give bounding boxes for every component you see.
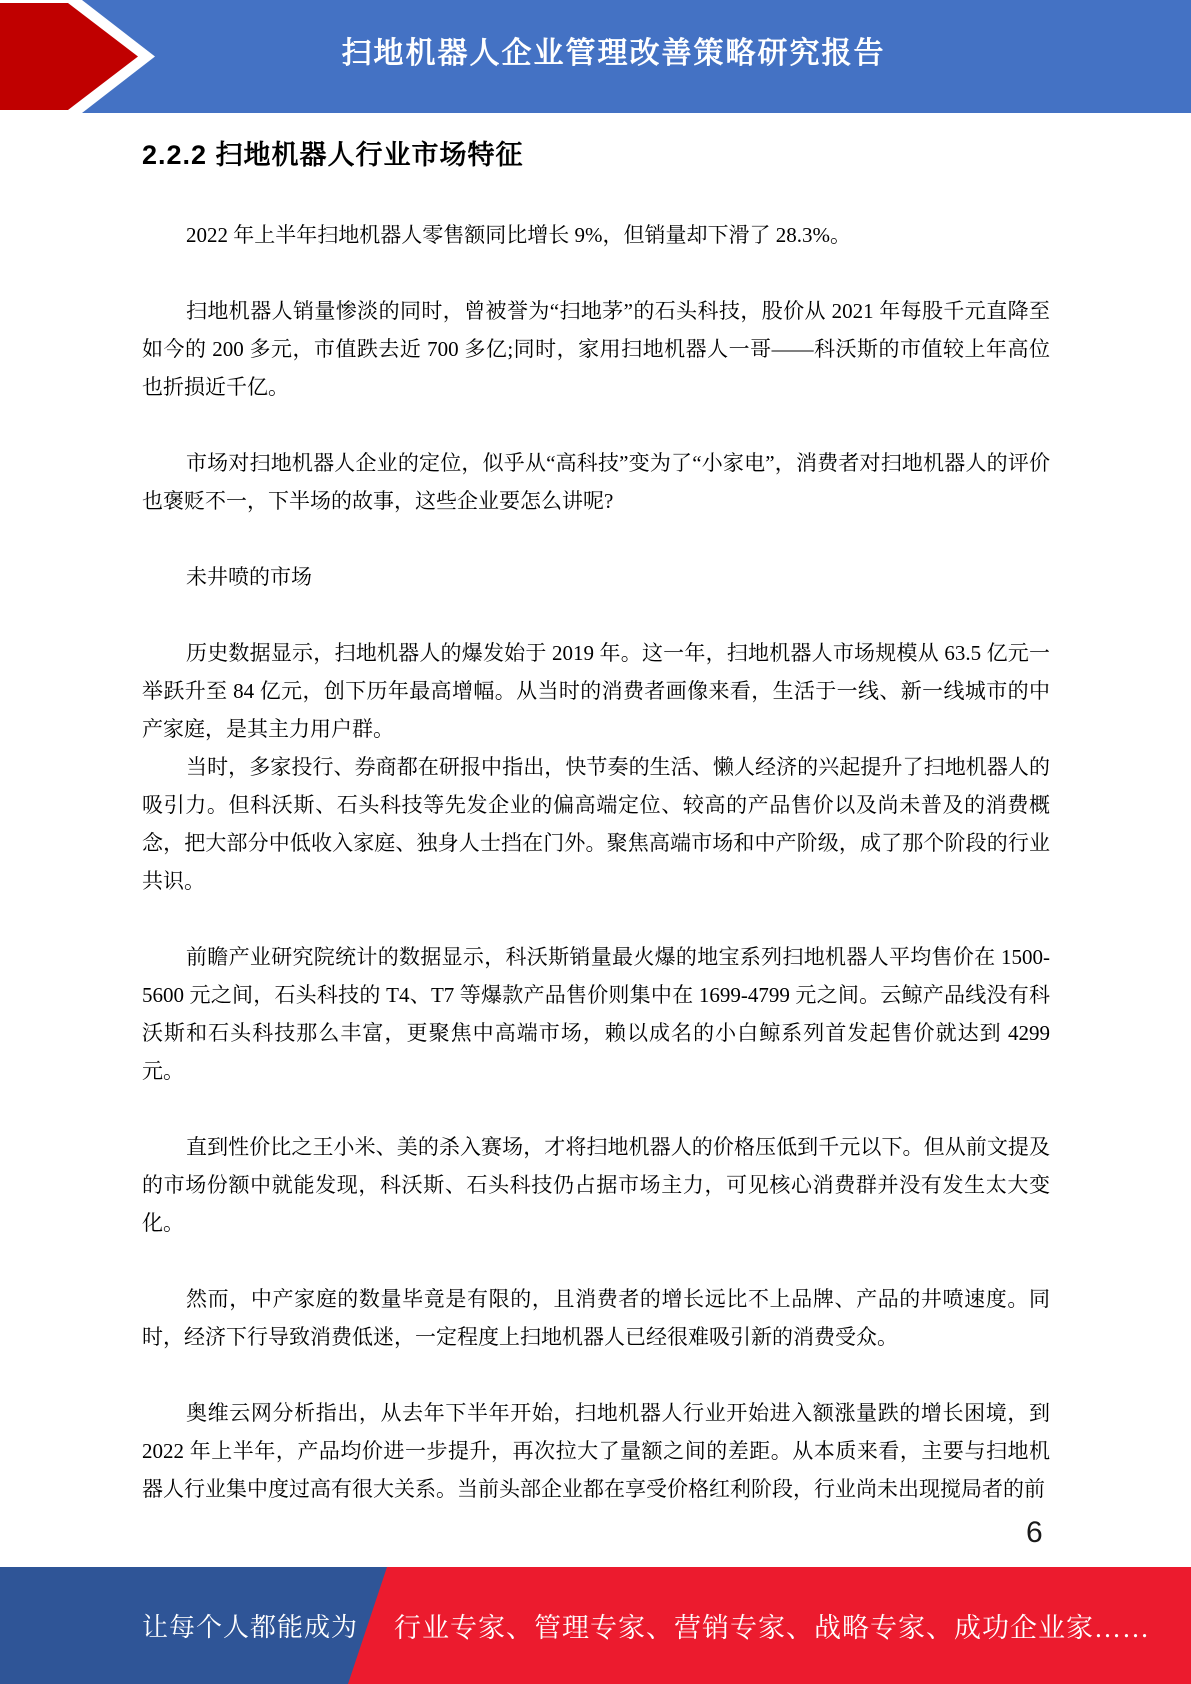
page-content: 2.2.2 扫地机器人行业市场特征 2022 年上半年扫地机器人零售额同比增长 … xyxy=(142,112,1050,1546)
paragraph: 市场对扫地机器人企业的定位，似乎从“高科技”变为了“小家电”，消费者对扫地机器人… xyxy=(142,444,1050,520)
report-page: 扫地机器人企业管理改善策略研究报告 2.2.2 扫地机器人行业市场特征 2022… xyxy=(0,0,1191,1684)
footer-banner: 让每个人都能成为 行业专家、管理专家、营销专家、战略专家、成功企业家…… xyxy=(0,1567,1191,1684)
footer-slogan-left: 让每个人都能成为 xyxy=(142,1567,358,1684)
subsection-label: 未井喷的市场 xyxy=(142,558,1050,596)
section-heading: 2.2.2 扫地机器人行业市场特征 xyxy=(142,133,1050,172)
paragraph: 前瞻产业研究院统计的数据显示，科沃斯销量最火爆的地宝系列扫地机器人平均售价在 1… xyxy=(142,938,1050,1090)
paragraph: 2022 年上半年扫地机器人零售额同比增长 9%，但销量却下滑了 28.3%。 xyxy=(142,216,1050,254)
page-number: 6 xyxy=(1026,1516,1043,1550)
paragraph: 历史数据显示，扫地机器人的爆发始于 2019 年。这一年，扫地机器人市场规模从 … xyxy=(142,634,1050,748)
paragraph: 然而，中产家庭的数量毕竟是有限的，且消费者的增长远比不上品牌、产品的井喷速度。同… xyxy=(142,1280,1050,1356)
paragraph: 奥维云网分析指出，从去年下半年开始，扫地机器人行业开始进入额涨量跌的增长困境，到… xyxy=(142,1394,1050,1508)
paragraph: 当时，多家投行、券商都在研报中指出，快节奏的生活、懒人经济的兴起提升了扫地机器人… xyxy=(142,748,1050,900)
paragraph: 直到性价比之王小米、美的杀入赛场，才将扫地机器人的价格压低到千元以下。但从前文提… xyxy=(142,1128,1050,1242)
report-title: 扫地机器人企业管理改善策略研究报告 xyxy=(18,0,1191,113)
paragraph: 扫地机器人销量惨淡的同时，曾被誉为“扫地茅”的石头科技，股价从 2021 年每股… xyxy=(142,292,1050,406)
report-header-banner: 扫地机器人企业管理改善策略研究报告 xyxy=(0,0,1191,113)
footer-slogan-right: 行业专家、管理专家、营销专家、战略专家、成功企业家…… xyxy=(394,1567,1150,1684)
